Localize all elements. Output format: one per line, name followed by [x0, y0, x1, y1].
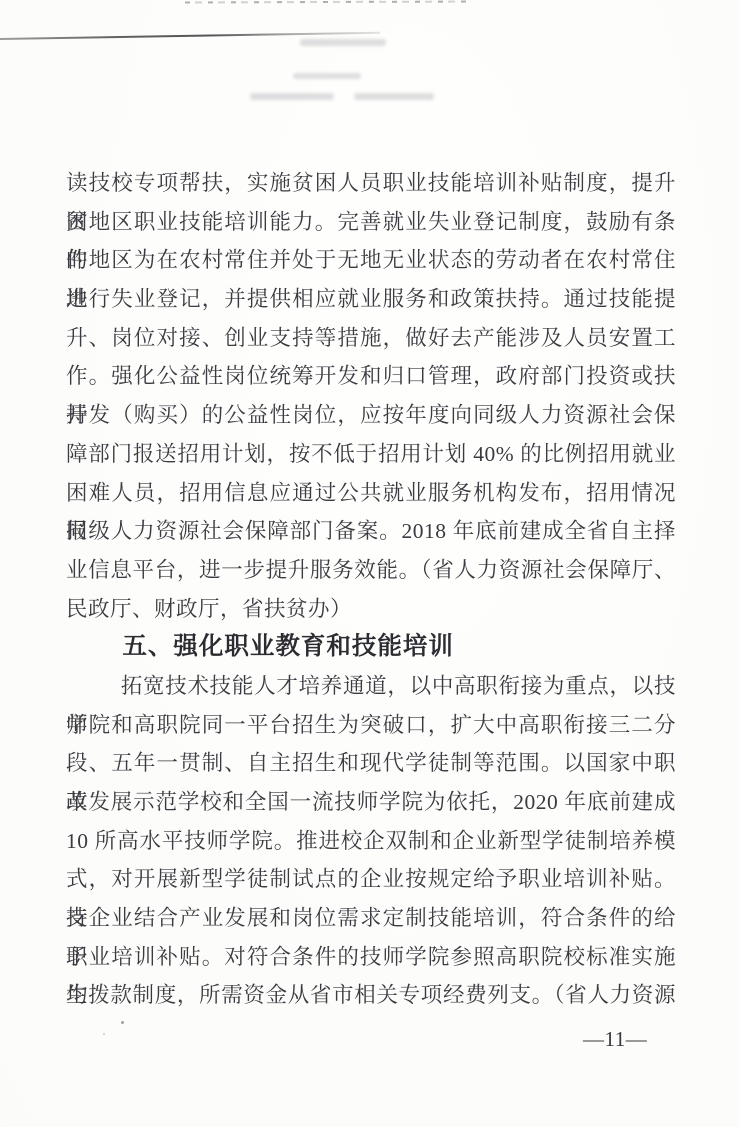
text-line: 同级人力资源社会保障部门备案。2018 年底前建成全省自主择	[66, 512, 676, 551]
scan-artifact-speck	[121, 1021, 124, 1024]
scan-artifact-smudge	[250, 93, 334, 100]
text-line: 进行失业登记，并提供相应就业服务和政策扶持。通过技能提	[66, 280, 676, 319]
scan-artifact-fold-line	[0, 32, 380, 40]
text-line: 职业培训补贴。对符合条件的技师学院参照高职院校标准实施生	[66, 938, 676, 977]
text-line: 的地区为在农村常住并处于无地无业状态的劳动者在农村常住地	[66, 241, 676, 280]
text-line: 均拨款制度，所需资金从省市相关专项经费列支。（省人力资源	[66, 976, 676, 1015]
text-line: 民政厅、财政厅，省扶贫办）	[66, 590, 676, 629]
scan-artifact-smudge	[293, 73, 361, 79]
text-line: 障部门报送招用计划，按不低于招用计划 40% 的比例招用就业	[66, 435, 676, 474]
text-line: 学院和高职院同一平台招生为突破口，扩大中高职衔接三二分	[66, 706, 676, 745]
text-line: 困难人员，招用信息应通过公共就业服务机构发布，招用情况报	[66, 474, 676, 513]
text-line: 作。强化公益性岗位统筹开发和归口管理，政府部门投资或扶持	[66, 357, 676, 396]
text-line: 段、五年一贯制、自主招生和现代学徒制等范围。以国家中职改	[66, 744, 676, 783]
text-line: 革发展示范学校和全国一流技师学院为依托，2020 年底前建成	[66, 783, 676, 822]
scan-artifact-speck	[103, 1033, 105, 1035]
text-line: 开发（购买）的公益性岗位，应按年度向同级人力资源社会保	[66, 396, 676, 435]
section-heading: 五、强化职业教育和技能培训	[66, 628, 676, 667]
scan-artifact-smudge	[300, 39, 386, 46]
page-number: —11—	[583, 1024, 647, 1054]
text-line: 式，对开展新型学徒制试点的企业按规定给予职业培训补贴。支	[66, 860, 676, 899]
paper-background: 读技校专项帮扶，实施贫困人员职业技能培训补贴制度，提升贫 困地区职业技能培训能力…	[0, 0, 740, 1127]
scan-artifact-smudge	[354, 93, 434, 100]
text-line: 读技校专项帮扶，实施贫困人员职业技能培训补贴制度，提升贫	[66, 164, 676, 203]
document-body: 读技校专项帮扶，实施贫困人员职业技能培训补贴制度，提升贫 困地区职业技能培训能力…	[66, 164, 676, 1015]
text-line: 困地区职业技能培训能力。完善就业失业登记制度，鼓励有条件	[66, 203, 676, 242]
text-line: 拓宽技术技能人才培养通道，以中高职衔接为重点，以技师	[66, 667, 676, 706]
scan-artifact-top-dashed-line	[185, 1, 470, 4]
text-line: 持企业结合产业发展和岗位需求定制技能培训，符合条件的给予	[66, 899, 676, 938]
text-line: 业信息平台，进一步提升服务效能。（省人力资源社会保障厅、	[66, 551, 676, 590]
scanned-document-page: { "document": { "paragraph1_lines": [ "读…	[0, 0, 740, 1127]
text-line: 10 所高水平技师学院。推进校企双制和企业新型学徒制培养模	[66, 822, 676, 861]
text-line: 升、岗位对接、创业支持等措施，做好去产能涉及人员安置工	[66, 319, 676, 358]
